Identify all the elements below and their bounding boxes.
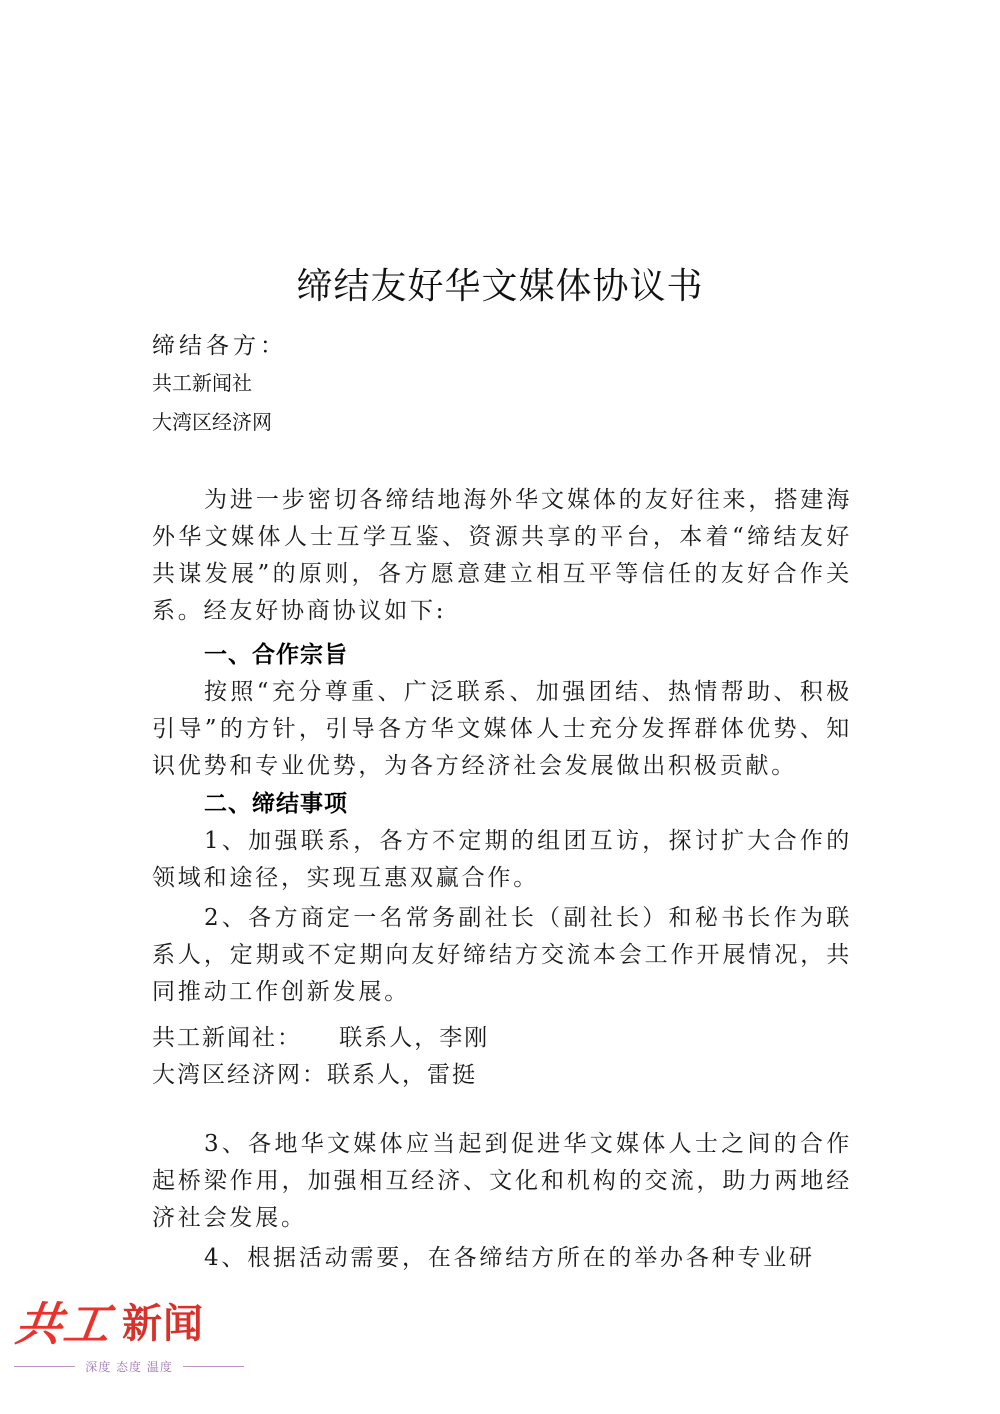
tagline-text: 深度 态度 温度 bbox=[85, 1358, 173, 1375]
tagline-rule-right bbox=[183, 1366, 244, 1367]
contact-org: 共工新闻社： bbox=[152, 1025, 302, 1051]
intro-block: 为进一步密切各缔结地海外华文媒体的友好往来，搭建海外华文媒体人士互学互鉴、资源共… bbox=[152, 482, 852, 630]
contact-line: 大湾区经济网：联系人，雷挺 bbox=[152, 1057, 852, 1094]
section-1-body: 按照“充分尊重、广泛联系、加强团结、热情帮助、积极引导”的方针，引导各方华文媒体… bbox=[152, 674, 852, 785]
contact-line: 共工新闻社： 联系人，李刚 bbox=[152, 1020, 852, 1057]
section-heading: 二、缔结事项 bbox=[152, 788, 852, 821]
logo-wordmark: 共工 新闻 bbox=[16, 1295, 204, 1353]
logo-serif-text: 新闻 bbox=[122, 1295, 204, 1353]
section-2: 二、缔结事项 bbox=[152, 788, 852, 821]
logo-brush-text: 共工 bbox=[12, 1295, 116, 1353]
parties-label: 缔结各方： bbox=[152, 330, 287, 362]
party-name: 共工新闻社 bbox=[152, 369, 252, 397]
gonggong-news-logo: 共工 新闻 深度 态度 温度 bbox=[14, 1295, 244, 1385]
section-paragraph: 4、根据活动需要，在各缔结方所在的举办各种专业研 bbox=[152, 1240, 852, 1277]
section-1: 一、合作宗旨 bbox=[152, 639, 852, 672]
section-paragraph: 1、加强联系，各方不定期的组团互访，探讨扩大合作的领域和途径，实现互惠双赢合作。 bbox=[152, 823, 852, 897]
party-name: 大湾区经济网 bbox=[152, 408, 272, 436]
section-2-item-1: 1、加强联系，各方不定期的组团互访，探讨扩大合作的领域和途径，实现互惠双赢合作。 bbox=[152, 823, 852, 897]
contact-person: 联系人，雷挺 bbox=[327, 1062, 477, 1088]
section-2-item-3: 3、各地华文媒体应当起到促进华文媒体人士之间的合作起桥梁作用，加强相互经济、文化… bbox=[152, 1126, 852, 1237]
contact-gap bbox=[302, 1025, 339, 1051]
document-title: 缔结友好华文媒体协议书 bbox=[0, 262, 1000, 312]
section-2-item-2: 2、各方商定一名常务副社长（副社长）和秘书长作为联系人，定期或不定期向友好缔结方… bbox=[152, 900, 852, 1011]
contact-person: 联系人，李刚 bbox=[339, 1025, 489, 1051]
section-paragraph: 3、各地华文媒体应当起到促进华文媒体人士之间的合作起桥梁作用，加强相互经济、文化… bbox=[152, 1126, 852, 1237]
contact-org: 大湾区经济网： bbox=[152, 1062, 327, 1088]
tagline-rule-left bbox=[14, 1366, 75, 1367]
section-paragraph: 按照“充分尊重、广泛联系、加强团结、热情帮助、积极引导”的方针，引导各方华文媒体… bbox=[152, 674, 852, 785]
contacts-block: 共工新闻社： 联系人，李刚 大湾区经济网：联系人，雷挺 bbox=[152, 1020, 852, 1094]
document-page: 缔结友好华文媒体协议书 缔结各方： 共工新闻社 大湾区经济网 为进一步密切各缔结… bbox=[0, 0, 1000, 1414]
logo-tagline: 深度 态度 温度 bbox=[14, 1358, 244, 1375]
section-heading: 一、合作宗旨 bbox=[152, 639, 852, 672]
intro-paragraph: 为进一步密切各缔结地海外华文媒体的友好往来，搭建海外华文媒体人士互学互鉴、资源共… bbox=[152, 482, 852, 630]
section-paragraph: 2、各方商定一名常务副社长（副社长）和秘书长作为联系人，定期或不定期向友好缔结方… bbox=[152, 900, 852, 1011]
section-2-item-4: 4、根据活动需要，在各缔结方所在的举办各种专业研 bbox=[152, 1240, 852, 1277]
